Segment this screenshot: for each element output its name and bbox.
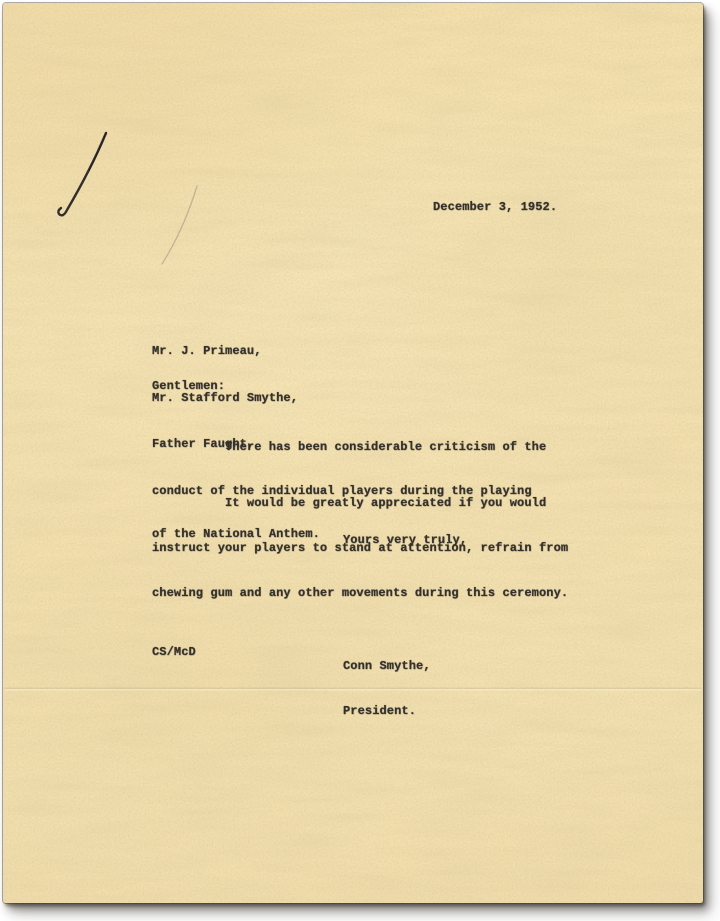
pen-mark-taper [89,133,106,171]
salutation: Gentlemen: [152,379,225,394]
typist-initials: CS/McD [152,645,196,660]
letter-date: December 3, 1952. [433,200,557,215]
pencil-arc [162,186,197,264]
recipient-line: Mr. J. Primeau, [152,344,298,360]
signature-name: Conn Smythe, [343,659,431,674]
body-paragraph-2: It would be greatly appreciated if you w… [152,466,568,631]
pen-mark [58,133,106,215]
letter-paper: December 3, 1952. Mr. J. Primeau, Mr. St… [3,3,703,903]
body-line: There has been considerable criticism of… [225,440,546,455]
signature-title: President. [343,704,431,719]
body-line: It would be greatly appreciated if you w… [225,496,568,511]
signature-block: Conn Smythe, President. [343,629,431,749]
scan-background: December 3, 1952. Mr. J. Primeau, Mr. St… [0,0,720,921]
body-line: chewing gum and any other movements duri… [152,586,568,601]
closing: Yours very truly, [343,533,467,548]
